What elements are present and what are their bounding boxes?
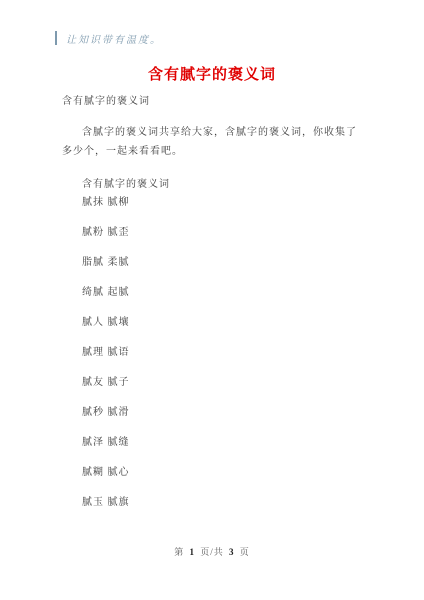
header-accent-bar bbox=[55, 31, 57, 45]
word-pair-item: 腻玉 腻旗 bbox=[82, 494, 364, 512]
word-pair-item: 腻糊 腻心 bbox=[82, 464, 364, 482]
header-slogan: 让知识带有温度。 bbox=[66, 31, 162, 46]
page-footer: 第 1 页/共 3 页 bbox=[0, 545, 424, 558]
word-list-heading: 含有腻字的褒义词 bbox=[82, 176, 364, 194]
footer-middle: 页/共 bbox=[200, 547, 224, 557]
word-pair-item: 腻粉 腻歪 bbox=[82, 224, 364, 242]
document-title: 含有腻字的褒义词 bbox=[0, 63, 424, 84]
word-pair-item: 腻人 腻壤 bbox=[82, 314, 364, 332]
word-pair-item: 腻友 腻子 bbox=[82, 374, 364, 392]
document-page: 让知识带有温度。 含有腻字的褒义词 含有腻字的褒义词 含腻字的褒义词共享给大家，… bbox=[0, 0, 424, 600]
page-header: 让知识带有温度。 bbox=[55, 30, 162, 46]
footer-prefix: 第 bbox=[174, 547, 184, 557]
word-pair-item: 脂腻 柔腻 bbox=[82, 254, 364, 272]
intro-paragraph: 含腻字的褒义词共享给大家，含腻字的褒义词，你收集了多少个，一起来看看吧。 bbox=[62, 123, 364, 161]
word-pair-list: 腻抹 腻柳 腻粉 腻歪 脂腻 柔腻 绮腻 起腻 腻人 腻壤 腻理 腻语 腻友 腻… bbox=[82, 194, 364, 512]
word-pair-item: 腻理 腻语 bbox=[82, 344, 364, 362]
document-subtitle: 含有腻字的褒义词 bbox=[62, 95, 364, 109]
word-pair-item: 腻秒 腻滑 bbox=[82, 404, 364, 422]
word-pair-item: 腻抹 腻柳 bbox=[82, 194, 364, 212]
document-body: 含有腻字的褒义词 含腻字的褒义词共享给大家，含腻字的褒义词，你收集了多少个，一起… bbox=[62, 95, 364, 512]
footer-current-page: 1 bbox=[187, 547, 197, 557]
footer-suffix: 页 bbox=[240, 547, 250, 557]
word-pair-item: 腻泽 腻缝 bbox=[82, 434, 364, 452]
word-pair-item: 绮腻 起腻 bbox=[82, 284, 364, 302]
footer-total-pages: 3 bbox=[227, 547, 237, 557]
